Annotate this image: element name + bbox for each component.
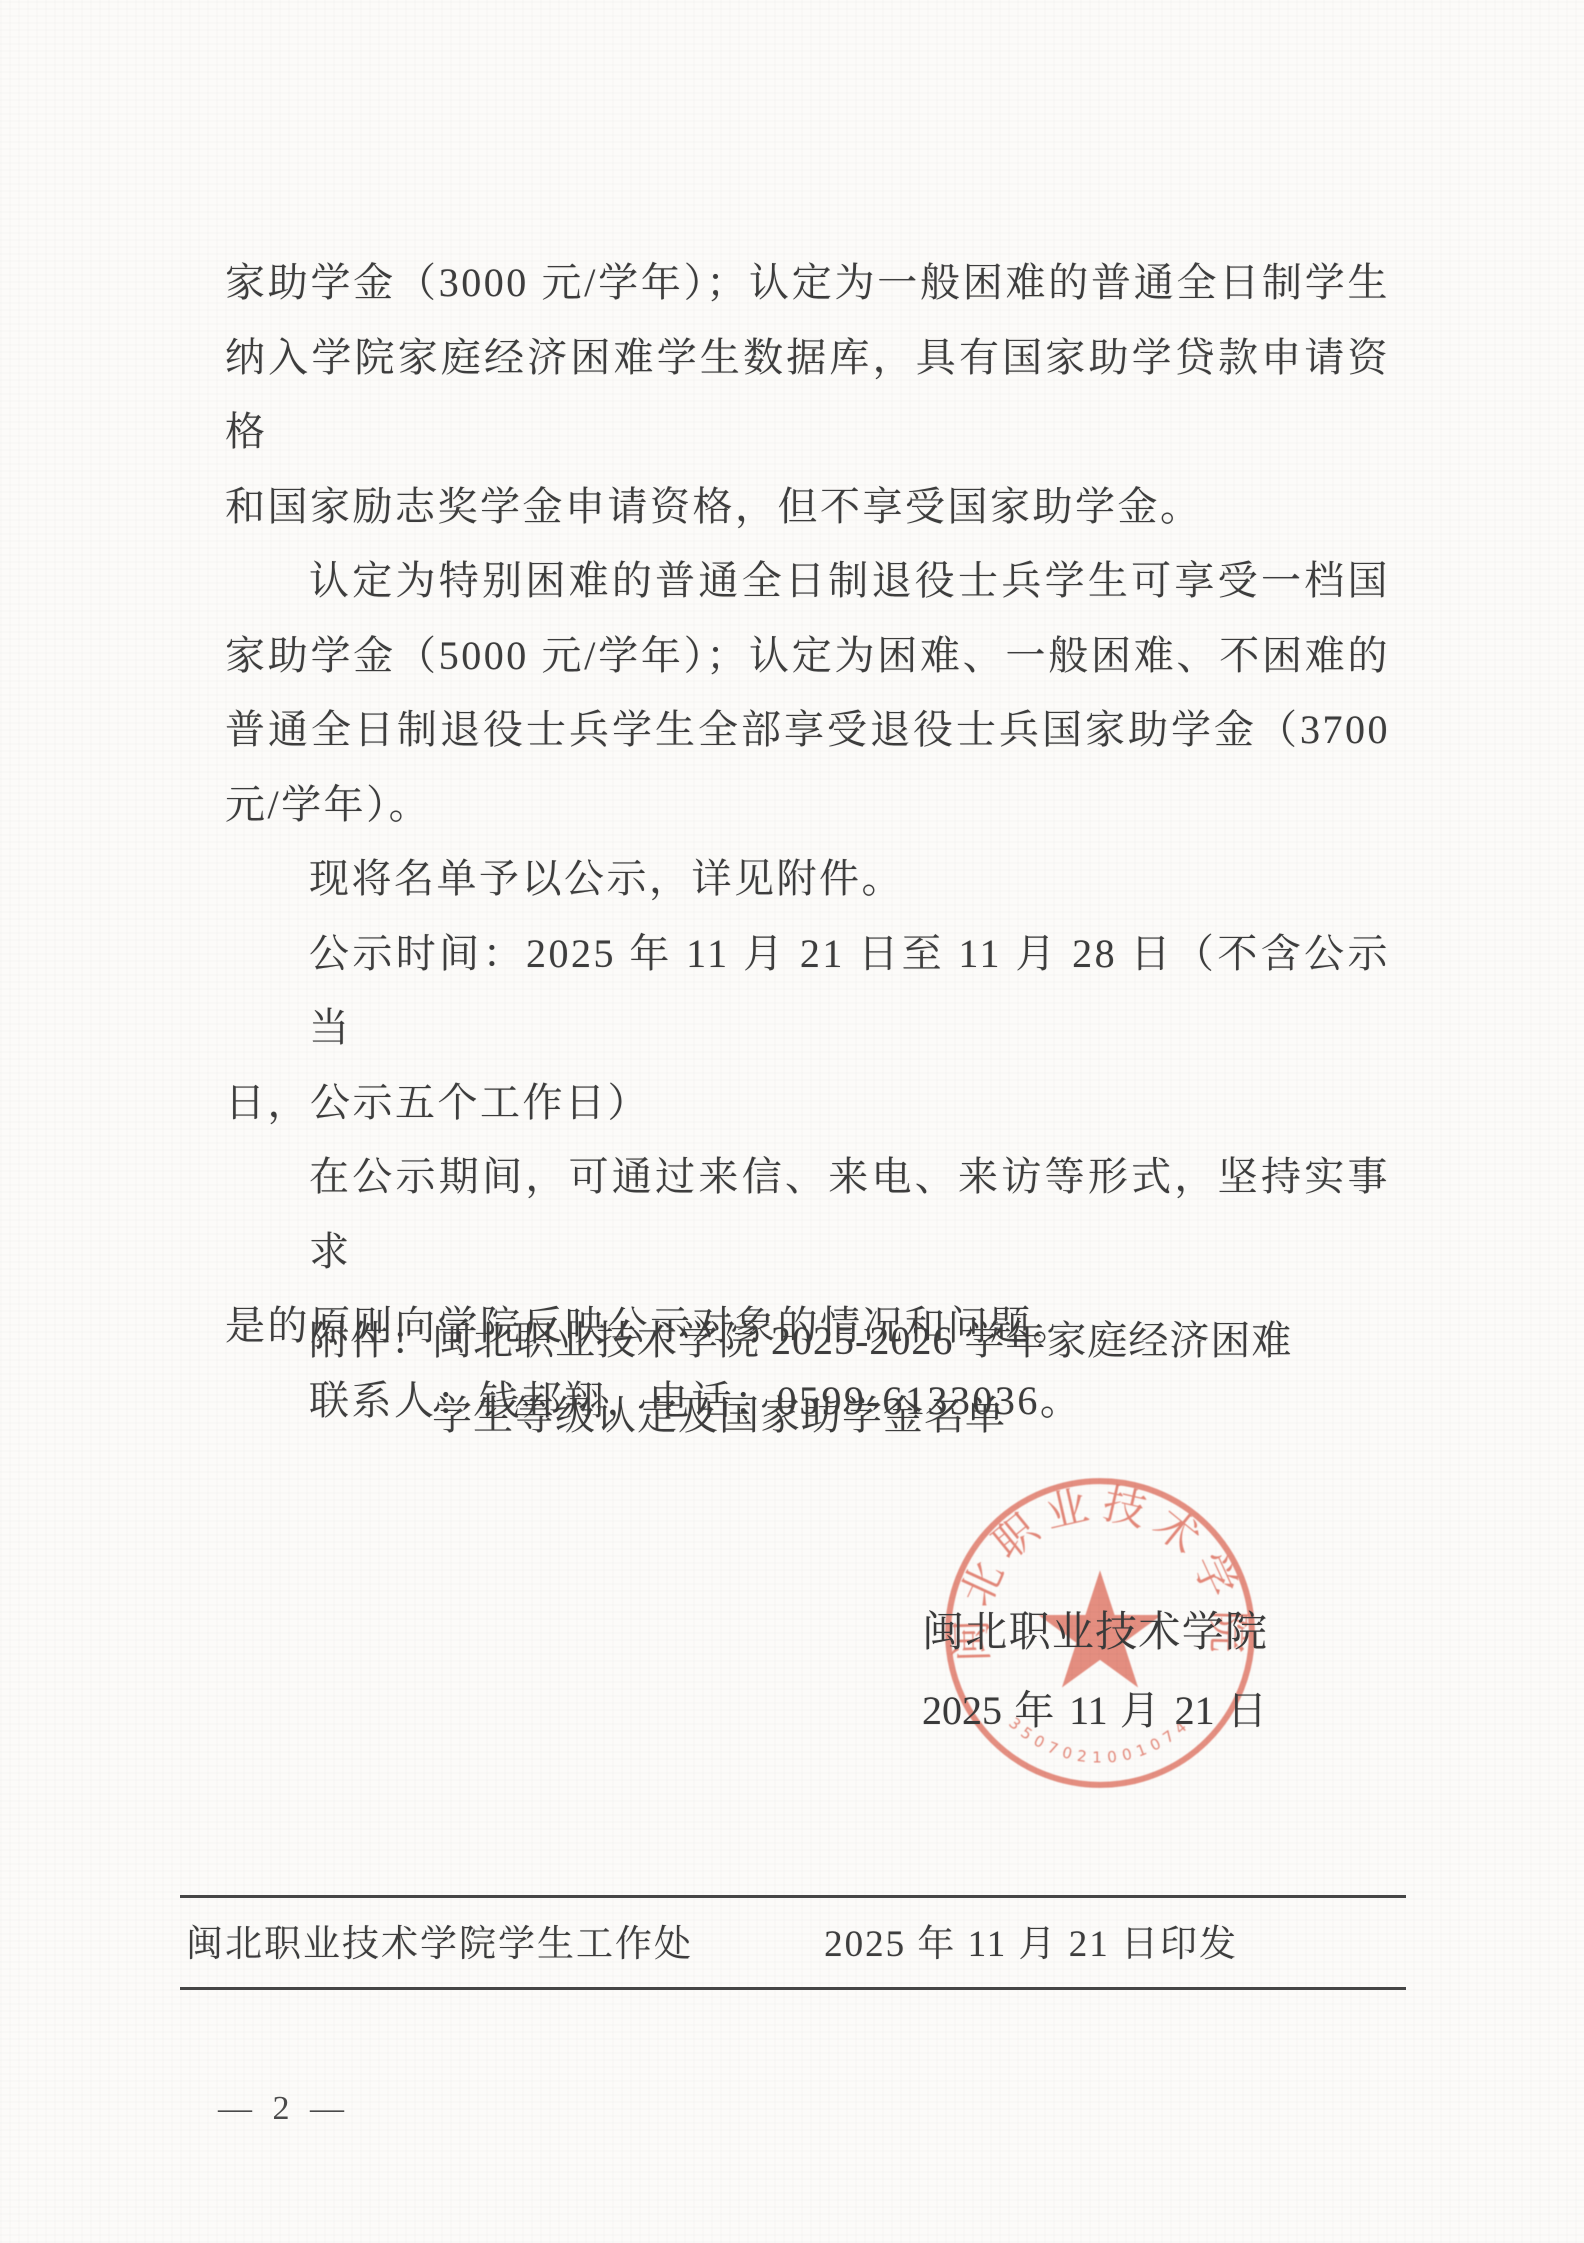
body-line: 普通全日制退役士兵学生全部享受退役士兵国家助学金（3700 <box>225 693 1390 768</box>
attachment-line: 学生等级认定及国家助学金名单 <box>432 1379 1292 1454</box>
signature-block: 闽北职业技术学院 2025 年 11 月 21 日 <box>922 1612 1267 1732</box>
body-line: 元/学年）。 <box>225 768 1390 843</box>
body-line: 家助学金（5000 元/学年）；认定为困难、一般困难、不困难的 <box>225 619 1390 694</box>
body-line: 日，公示五个工作日） <box>225 1066 1390 1141</box>
footer-print-date: 2025 年 11 月 21 日印发 <box>824 1913 1238 1967</box>
page-number: — 2 — <box>218 2090 350 2128</box>
signature-date: 2025 年 11 月 21 日 <box>922 1690 1267 1732</box>
body-line: 和国家励志奖学金申请资格，但不享受国家助学金。 <box>225 470 1390 545</box>
footer-row: 闽北职业技术学院学生工作处 2025 年 11 月 21 日印发 <box>180 1913 1406 1967</box>
document-page: 家助学金（3000 元/学年）；认定为一般困难的普通全日制学生 纳入学院家庭经济… <box>0 0 1584 2243</box>
body-line: 纳入学院家庭经济困难学生数据库，具有国家助学贷款申请资格 <box>225 321 1390 470</box>
footer-imprint: 闽北职业技术学院学生工作处 2025 年 11 月 21 日印发 <box>180 1895 1406 1990</box>
body-line: 公示时间：2025 年 11 月 21 日至 11 月 28 日（不含公示当 <box>225 917 1390 1066</box>
attachment-body: 闽北职业技术学院 2025-2026 学年家庭经济困难 学生等级认定及国家助学金… <box>432 1304 1292 1453</box>
attachment-label: 附件： <box>309 1304 432 1453</box>
body-line: 在公示期间，可通过来信、来电、来访等形式，坚持实事求 <box>225 1140 1390 1289</box>
footer-issuing-office: 闽北职业技术学院学生工作处 <box>186 1913 693 1967</box>
attachment-line: 闽北职业技术学院 2025-2026 学年家庭经济困难 <box>432 1304 1292 1379</box>
signature-org: 闽北职业技术学院 <box>922 1612 1267 1654</box>
body-line: 认定为特别困难的普通全日制退役士兵学生可享受一档国 <box>225 544 1390 619</box>
body-text: 家助学金（3000 元/学年）；认定为一般困难的普通全日制学生 纳入学院家庭经济… <box>225 246 1390 1438</box>
attachment-note: 附件： 闽北职业技术学院 2025-2026 学年家庭经济困难 学生等级认定及国… <box>309 1304 1292 1453</box>
body-line: 现将名单予以公示，详见附件。 <box>225 842 1390 917</box>
body-line: 家助学金（3000 元/学年）；认定为一般困难的普通全日制学生 <box>225 246 1390 321</box>
